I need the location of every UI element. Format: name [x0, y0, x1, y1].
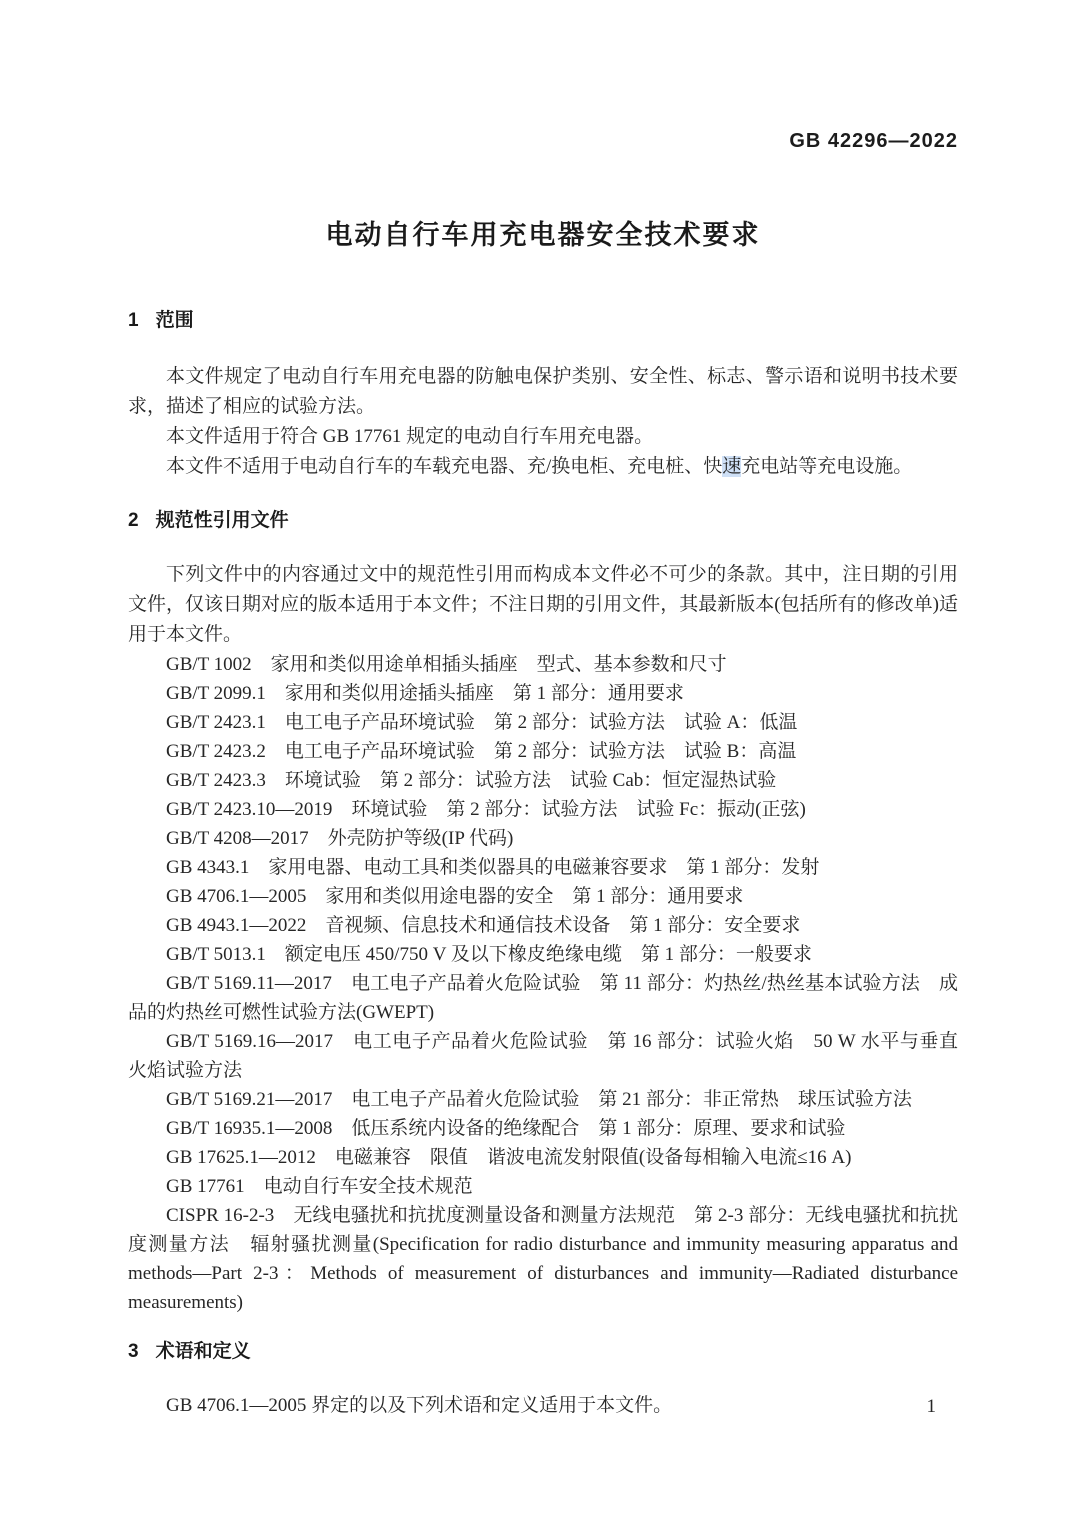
reference-item: GB/T 5013.1 额定电压 450/750 V 及以下橡皮绝缘电缆 第 1… [128, 940, 958, 969]
section-normative-references: 2规范性引用文件 下列文件中的内容通过文中的规范性引用而构成本文件必不可少的条款… [128, 508, 958, 1317]
reference-item: GB/T 2423.10—2019 环境试验 第 2 部分：试验方法 试验 Fc… [128, 795, 958, 824]
reference-item: GB 17761 电动自行车安全技术规范 [128, 1172, 958, 1201]
reference-item: GB 17625.1—2012 电磁兼容 限值 谐波电流发射限值(设备每相输入电… [128, 1143, 958, 1172]
section-terms-definitions: 3术语和定义 GB 4706.1—2005 界定的以及下列术语和定义适用于本文件… [128, 1339, 958, 1421]
reference-item: GB/T 2423.2 电工电子产品环境试验 第 2 部分：试验方法 试验 B：… [128, 737, 958, 766]
running-header: GB 42296—2022 [128, 130, 958, 152]
reference-item: GB 4706.1—2005 家用和类似用途电器的安全 第 1 部分：通用要求 [128, 882, 958, 911]
section-number: 1 [128, 310, 139, 331]
section-label: 规范性引用文件 [156, 510, 289, 531]
document-page: GB 42296—2022 电动自行车用充电器安全技术要求 1范围 本文件规定了… [0, 0, 1074, 1520]
section-scope-heading: 1范围 [128, 308, 958, 334]
reference-item: GB/T 16935.1—2008 低压系统内设备的绝缘配合 第 1 部分：原理… [128, 1114, 958, 1143]
reference-item: GB 4343.1 家用电器、电动工具和类似器具的电磁兼容要求 第 1 部分：发… [128, 853, 958, 882]
document-title: 电动自行车用充电器安全技术要求 [128, 216, 958, 254]
reference-item: GB 4943.1—2022 音视频、信息技术和通信技术设备 第 1 部分：安全… [128, 911, 958, 940]
reference-item: GB/T 2423.3 环境试验 第 2 部分：试验方法 试验 Cab：恒定湿热… [128, 766, 958, 795]
section-label: 范围 [156, 310, 194, 331]
reference-item: GB/T 5169.16—2017 电工电子产品着火危险试验 第 16 部分：试… [128, 1027, 958, 1085]
section-terms-heading: 3术语和定义 [128, 1339, 958, 1365]
selection-highlight: 速 [722, 456, 741, 477]
scope-paragraph-3: 本文件不适用于电动自行车的车载充电器、充/换电柜、充电桩、快速充电站等充电设施。 [128, 452, 958, 482]
terms-paragraph: GB 4706.1—2005 界定的以及下列术语和定义适用于本文件。 [128, 1391, 958, 1421]
scope-paragraph-1: 本文件规定了电动自行车用充电器的防触电保护类别、安全性、标志、警示语和说明书技术… [128, 362, 958, 422]
normative-intro-paragraph: 下列文件中的内容通过文中的规范性引用而构成本文件必不可少的条款。其中，注日期的引… [128, 560, 958, 650]
reference-item: GB/T 1002 家用和类似用途单相插头插座 型式、基本参数和尺寸 [128, 650, 958, 679]
reference-item: GB/T 2099.1 家用和类似用途插头插座 第 1 部分：通用要求 [128, 679, 958, 708]
section-number: 3 [128, 1341, 139, 1362]
reference-item: GB/T 5169.21—2017 电工电子产品着火危险试验 第 21 部分：非… [128, 1085, 958, 1114]
paragraph-text: 充电站等充电设施。 [741, 456, 912, 477]
section-label: 术语和定义 [156, 1341, 251, 1362]
section-scope: 1范围 本文件规定了电动自行车用充电器的防触电保护类别、安全性、标志、警示语和说… [128, 308, 958, 482]
reference-item: GB/T 2423.1 电工电子产品环境试验 第 2 部分：试验方法 试验 A：… [128, 708, 958, 737]
scope-paragraph-2: 本文件适用于符合 GB 17761 规定的电动自行车用充电器。 [128, 422, 958, 452]
section-normative-heading: 2规范性引用文件 [128, 508, 958, 534]
paragraph-text: 本文件不适用于电动自行车的车载充电器、充/换电柜、充电桩、快 [166, 456, 722, 477]
reference-item: GB/T 4208—2017 外壳防护等级(IP 代码) [128, 824, 958, 853]
reference-item: GB/T 5169.11—2017 电工电子产品着火危险试验 第 11 部分：灼… [128, 969, 958, 1027]
standard-number: GB 42296—2022 [789, 130, 958, 152]
section-number: 2 [128, 510, 139, 531]
page-number: 1 [927, 1396, 937, 1418]
reference-item: CISPR 16-2-3 无线电骚扰和抗扰度测量设备和测量方法规范 第 2-3 … [128, 1201, 958, 1317]
